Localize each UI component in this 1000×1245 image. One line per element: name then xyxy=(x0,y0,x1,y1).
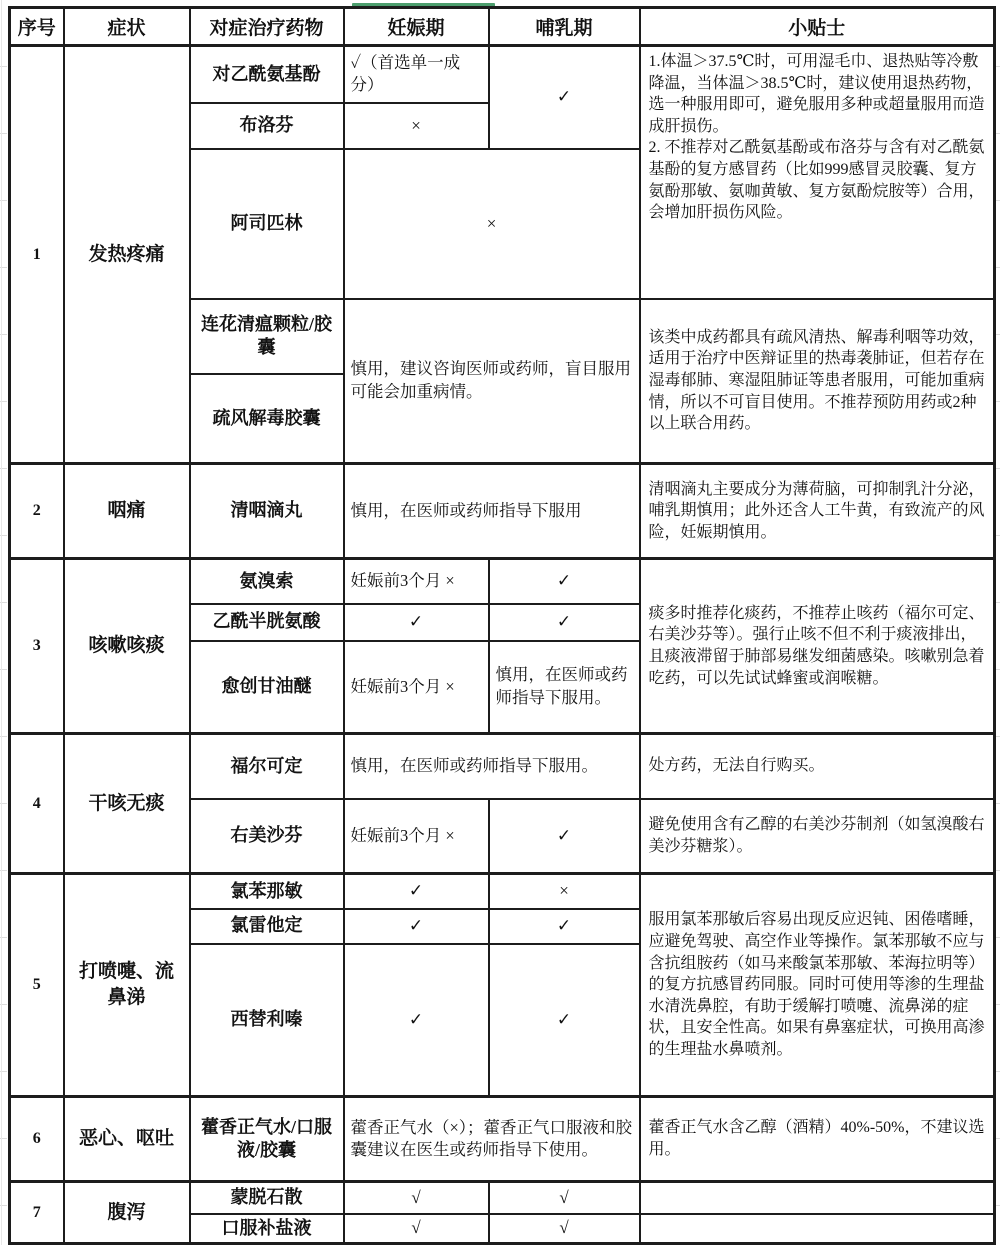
drug-name: 右美沙芬 xyxy=(190,799,344,874)
tip-text: 痰多时推荐化痰药，不推荐止咳药（福尔可定、右美沙芬等）。强行止咳不但不利于痰液排… xyxy=(640,559,995,734)
lactation-value: ✓ xyxy=(489,559,640,604)
section-number: 6 xyxy=(10,1097,64,1182)
drug-name: 乙酰半胱氨酸 xyxy=(190,604,344,641)
drug-name: 疏风解毒胶囊 xyxy=(190,374,344,464)
tip-text xyxy=(640,1182,995,1214)
table-row: 2 咽痛 清咽滴丸 慎用，在医师或药师指导下服用 清咽滴丸主要成分为薄荷脑，可抑… xyxy=(10,464,995,559)
combined-value: × xyxy=(344,149,640,299)
tip-text xyxy=(640,1214,995,1244)
combined-value: 藿香正气水（×）；藿香正气口服液和胶囊建议在医生或药师指导下使用。 xyxy=(344,1097,640,1182)
symptom-label: 咳嗽咳痰 xyxy=(64,559,190,734)
lactation-value: ✓ xyxy=(489,604,640,641)
sheet-gridline-vertical xyxy=(1,0,2,1245)
lactation-value: ✓ xyxy=(489,944,640,1097)
tip-text: 处方药，无法自行购买。 xyxy=(640,734,995,799)
drug-name: 西替利嗪 xyxy=(190,944,344,1097)
col-header-pregnancy: 妊娠期 xyxy=(344,8,489,46)
drug-name: 福尔可定 xyxy=(190,734,344,799)
pregnancy-value: 妊娠前3个月 × xyxy=(344,799,489,874)
tip-text: 1.体温＞37.5℃时，可用湿毛巾、退热贴等冷敷降温，当体温＞38.5℃时，建议… xyxy=(640,46,995,299)
symptom-label: 打喷嚏、流鼻涕 xyxy=(64,874,190,1097)
pregnancy-value: ✓ xyxy=(344,604,489,641)
medication-safety-table: 序号 症状 对症治疗药物 妊娠期 哺乳期 小贴士 1 发热疼痛 对乙酰氨基酚 ✓… xyxy=(8,6,996,1245)
symptom-label: 发热疼痛 xyxy=(64,46,190,464)
lactation-value: ✓ xyxy=(489,46,640,149)
lactation-value: × xyxy=(489,874,640,909)
symptom-label: 恶心、呕吐 xyxy=(64,1097,190,1182)
drug-name: 布洛芬 xyxy=(190,103,344,149)
section-number: 3 xyxy=(10,559,64,734)
col-header-tips: 小贴士 xyxy=(640,8,995,46)
pregnancy-value: ✓（首选单一成分） xyxy=(344,46,489,103)
drug-name: 口服补盐液 xyxy=(190,1214,344,1244)
symptom-label: 咽痛 xyxy=(64,464,190,559)
col-header-lactation: 哺乳期 xyxy=(489,8,640,46)
drug-name: 氯苯那敏 xyxy=(190,874,344,909)
tip-text: 藿香正气水含乙醇（酒精）40%-50%，不建议选用。 xyxy=(640,1097,995,1182)
pregnancy-value: √ xyxy=(344,1214,489,1244)
combined-value: 慎用，在医师或药师指导下服用 xyxy=(344,464,640,559)
drug-name: 氯雷他定 xyxy=(190,909,344,944)
drug-name: 蒙脱石散 xyxy=(190,1182,344,1214)
pregnancy-value: ✓ xyxy=(344,909,489,944)
symptom-label: 腹泻 xyxy=(64,1182,190,1244)
pregnancy-value: 妊娠前3个月 × xyxy=(344,641,489,734)
tip-text: 清咽滴丸主要成分为薄荷脑，可抑制乳汁分泌，哺乳期慎用；此外还含人工牛黄，有致流产… xyxy=(640,464,995,559)
table-row: 5 打喷嚏、流鼻涕 氯苯那敏 ✓ × 服用氯苯那敏后容易出现反应迟钝、困倦嗜睡，… xyxy=(10,874,995,909)
pregnancy-value: ✓ xyxy=(344,874,489,909)
section-number: 2 xyxy=(10,464,64,559)
table-row: 4 干咳无痰 福尔可定 慎用，在医师或药师指导下服用。 处方药，无法自行购买。 xyxy=(10,734,995,799)
drug-name: 连花清瘟颗粒/胶囊 xyxy=(190,299,344,374)
col-header-drug: 对症治疗药物 xyxy=(190,8,344,46)
table-row: 6 恶心、呕吐 藿香正气水/口服液/胶囊 藿香正气水（×）；藿香正气口服液和胶囊… xyxy=(10,1097,995,1182)
drug-name: 愈创甘油醚 xyxy=(190,641,344,734)
pregnancy-value: ✓ xyxy=(344,944,489,1097)
symptom-label: 干咳无痰 xyxy=(64,734,190,874)
table-row: 7 腹泻 蒙脱石散 √ √ xyxy=(10,1182,995,1214)
section-number: 5 xyxy=(10,874,64,1097)
tip-text: 避免使用含有乙醇的右美沙芬制剂（如氢溴酸右美沙芬糖浆）。 xyxy=(640,799,995,874)
section-number: 1 xyxy=(10,46,64,464)
lactation-value: √ xyxy=(489,1182,640,1214)
drug-name: 藿香正气水/口服液/胶囊 xyxy=(190,1097,344,1182)
drug-name: 阿司匹林 xyxy=(190,149,344,299)
col-header-symptom: 症状 xyxy=(64,8,190,46)
pregnancy-value: √ xyxy=(344,1182,489,1214)
section-number: 7 xyxy=(10,1182,64,1244)
combined-value: 慎用，在医师或药师指导下服用。 xyxy=(344,734,640,799)
lactation-value: ✓ xyxy=(489,909,640,944)
table-row: 3 咳嗽咳痰 氨溴索 妊娠前3个月 × ✓ 痰多时推荐化痰药，不推荐止咳药（福尔… xyxy=(10,559,995,604)
header-row: 序号 症状 对症治疗药物 妊娠期 哺乳期 小贴士 xyxy=(10,8,995,46)
tip-text: 服用氯苯那敏后容易出现反应迟钝、困倦嗜睡，应避免驾驶、高空作业等操作。氯苯那敏不… xyxy=(640,874,995,1097)
combined-value: 慎用，建议咨询医师或药师，盲目服用可能会加重病情。 xyxy=(344,299,640,464)
drug-name: 清咽滴丸 xyxy=(190,464,344,559)
col-header-no: 序号 xyxy=(10,8,64,46)
pregnancy-value: 妊娠前3个月 × xyxy=(344,559,489,604)
drug-name: 对乙酰氨基酚 xyxy=(190,46,344,103)
lactation-value: ✓ xyxy=(489,799,640,874)
drug-name: 氨溴索 xyxy=(190,559,344,604)
lactation-value: √ xyxy=(489,1214,640,1244)
pregnancy-value: × xyxy=(344,103,489,149)
lactation-value: 慎用，在医师或药师指导下服用。 xyxy=(489,641,640,734)
section-number: 4 xyxy=(10,734,64,874)
table-row: 1 发热疼痛 对乙酰氨基酚 ✓（首选单一成分） ✓ 1.体温＞37.5℃时，可用… xyxy=(10,46,995,103)
tip-text: 该类中成药都具有疏风清热、解毒利咽等功效，适用于治疗中医辩证里的热毒袭肺证，但若… xyxy=(640,299,995,464)
